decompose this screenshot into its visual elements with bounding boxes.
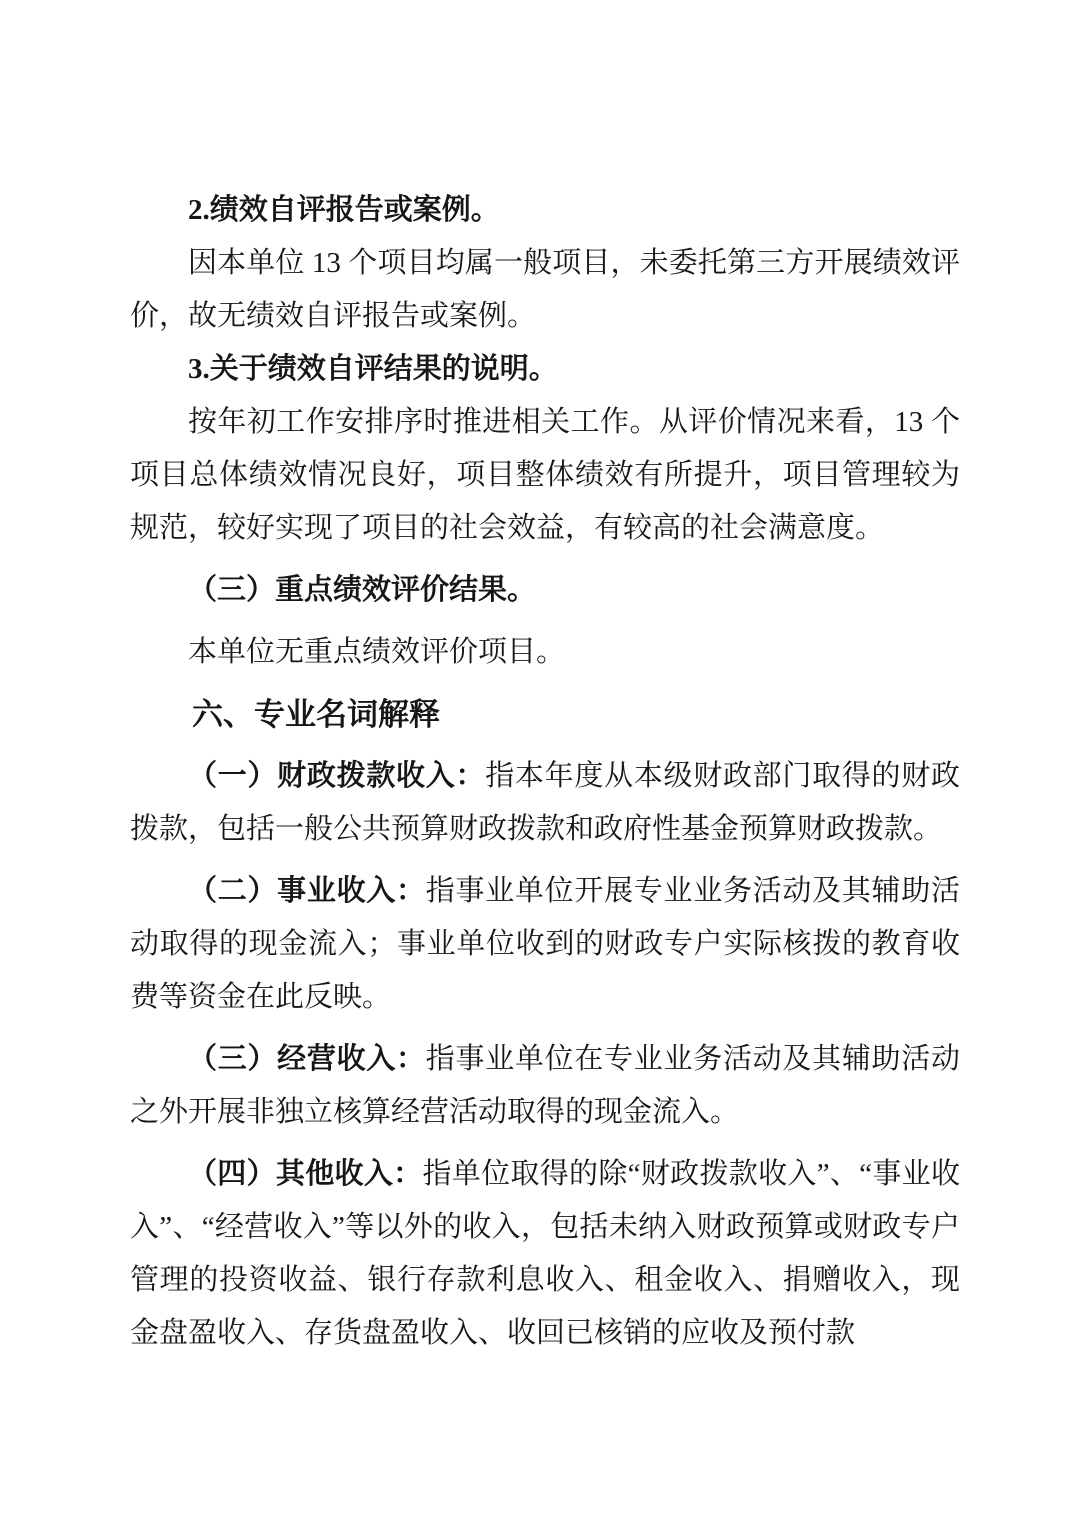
paragraph-no-key-eval-project: 本单位无重点绩效评价项目。 <box>130 626 960 679</box>
subheading-self-eval-report: 2.绩效自评报告或案例。 <box>130 184 960 237</box>
term-definition-business-income: （二）事业收入：指事业单位开展专业业务活动及其辅助活动取得的现金流入；事业单位收… <box>130 865 960 1024</box>
paragraph-eval-result-summary: 按年初工作安排序时推进相关工作。从评价情况来看，13 个项目总体绩效情况良好，项… <box>130 396 960 555</box>
term-definition-operating-income: （三）经营收入：指事业单位在专业业务活动及其辅助活动之外开展非独立核算经营活动取… <box>130 1033 960 1139</box>
term-definition-other-income: （四）其他收入：指单位取得的除“财政拨款收入”、“事业收入”、“经营收入”等以外… <box>130 1148 960 1360</box>
term-name: （四）其他收入： <box>188 1158 422 1190</box>
section-heading-terminology: 六、专业名词解释 <box>130 688 960 741</box>
subheading-self-eval-result-note: 3.关于绩效自评结果的说明。 <box>130 343 960 396</box>
subheading-key-performance-eval-result: （三）重点绩效评价结果。 <box>130 564 960 617</box>
term-name: （一）财政拨款收入： <box>188 760 485 792</box>
term-name: （三）经营收入： <box>188 1043 426 1075</box>
term-definition-fiscal-appropriation-income: （一）财政拨款收入：指本年度从本级财政部门取得的财政拨款，包括一般公共预算财政拨… <box>130 750 960 856</box>
paragraph-no-third-party-eval: 因本单位 13 个项目均属一般项目，未委托第三方开展绩效评价，故无绩效自评报告或… <box>130 237 960 343</box>
term-name: （二）事业收入： <box>188 875 426 907</box>
document-page: 2.绩效自评报告或案例。 因本单位 13 个项目均属一般项目，未委托第三方开展绩… <box>0 0 1075 1521</box>
